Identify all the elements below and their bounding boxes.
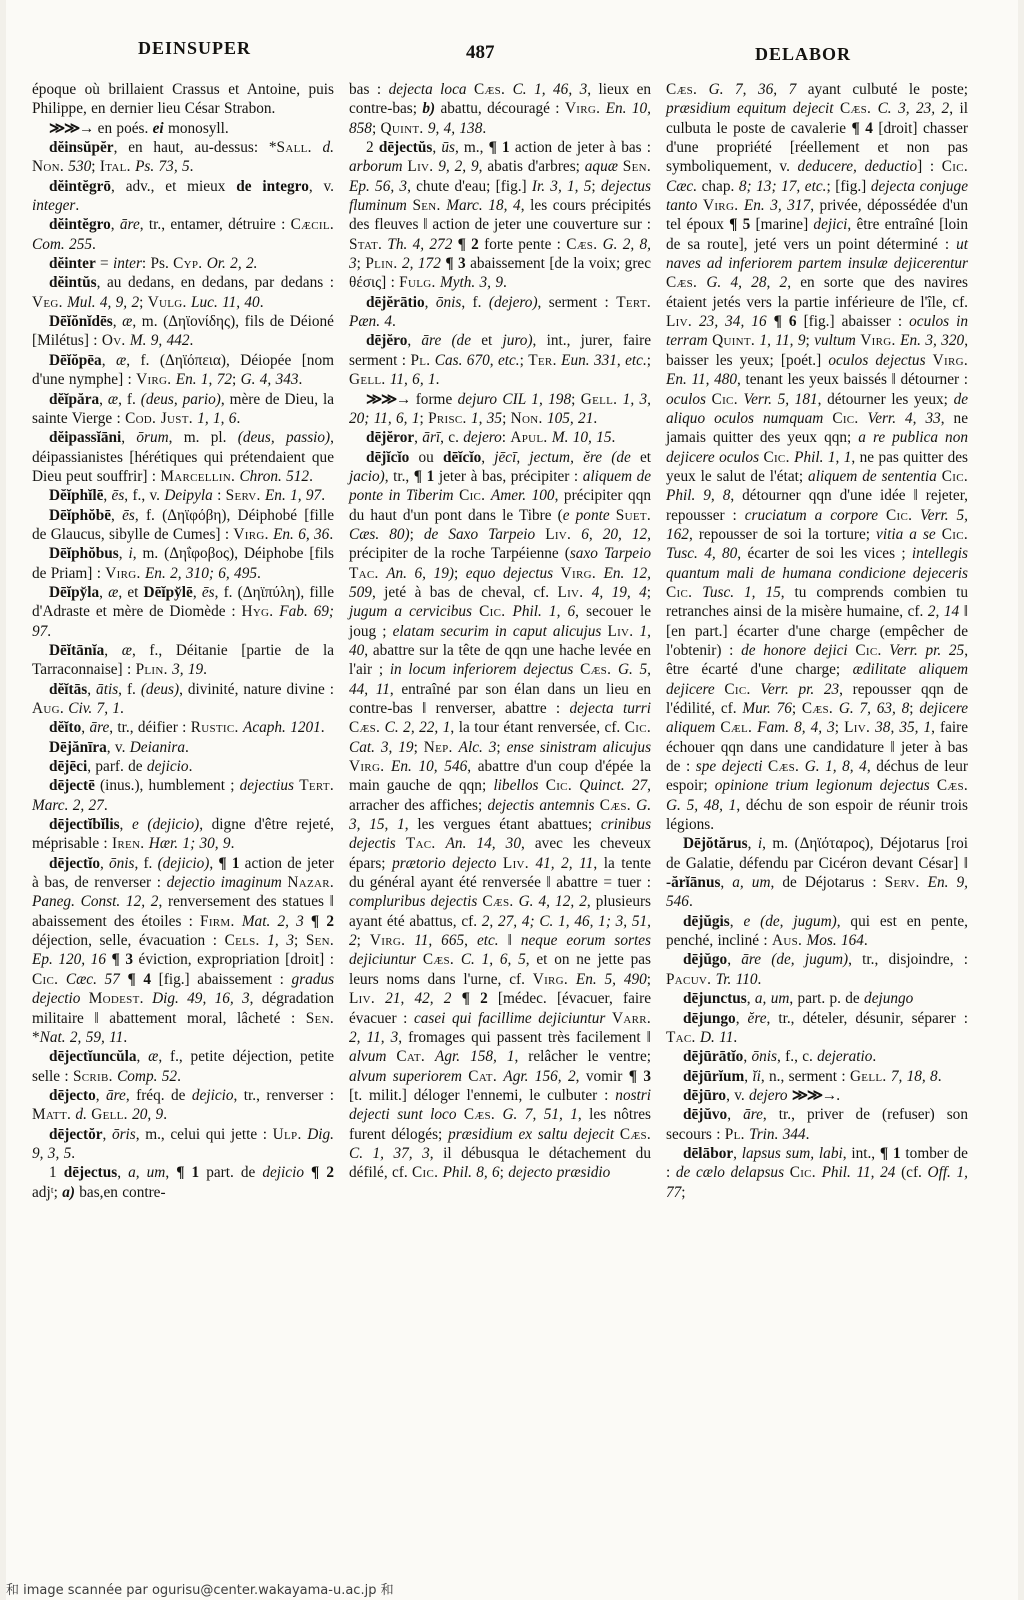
entry-paragraph: dējectē (inus.), humblement ; dejectius … xyxy=(32,776,334,815)
scan-credit: 和 image scannée par ogurisu@center.wakay… xyxy=(6,1579,394,1598)
entry-paragraph: Dēĭphŏbē, ēs, f. (Δηϊφόβη), Déiphobé [fi… xyxy=(32,506,334,545)
scan-edge-right xyxy=(1018,0,1024,1600)
entry-paragraph: Dējŏtărus, i, m. (Δηϊόταρος), Déjotarus … xyxy=(666,834,968,911)
entry-paragraph: 2 dējectŭs, ūs, m., ¶ 1 action de jeter … xyxy=(349,138,651,293)
entry-paragraph: Dēĭŏnĭdēs, æ, m. (Δηϊονίδης), fils de Dé… xyxy=(32,312,334,351)
text-column-1: époque où brillaient Crassus et Antoine,… xyxy=(32,80,334,1566)
entry-paragraph: dējŭgis, e (de, jugum), qui est en pente… xyxy=(666,912,968,951)
entry-paragraph: dĕintŭs, au dedans, en dedans, par dedan… xyxy=(32,273,334,312)
entry-paragraph: ≫≫→ en poés. ei monosyll. xyxy=(32,119,334,138)
entry-paragraph: dējĕrātio, ōnis, f. (dejero), serment : … xyxy=(349,293,651,332)
scan-edge-left xyxy=(0,0,6,1600)
entry-paragraph: dēlābor, lapsus sum, labi, int., ¶ 1 tom… xyxy=(666,1144,968,1202)
entry-paragraph: dējūrĭum, ĭi, n., serment : Gell. 7, 18,… xyxy=(666,1067,968,1086)
entry-paragraph: dĕĭtās, ātis, f. (deus), divinité, natur… xyxy=(32,680,334,719)
entry-paragraph: dĕinsŭpĕr, en haut, au-dessus: *Sall. d.… xyxy=(32,138,334,177)
entry-paragraph: Dēĭŏpēa, æ, f. (Δηϊόπεια), Déiopée [nom … xyxy=(32,351,334,390)
entry-paragraph: Dējănīra, v. Deianira. xyxy=(32,738,334,757)
entry-paragraph: dējŭgo, āre (de, jugum), tr., disjoindre… xyxy=(666,950,968,989)
entry-paragraph: dējŭvo, āre, tr., priver de (refuser) so… xyxy=(666,1105,968,1144)
text-columns: époque où brillaient Crassus et Antoine,… xyxy=(32,80,968,1566)
entry-paragraph: ≫≫→ forme dejuro CIL 1, 198; Gell. 1, 3,… xyxy=(349,390,651,429)
text-column-2: bas : dejecta loca Cæs. C. 1, 46, 3, lie… xyxy=(349,80,651,1566)
entry-paragraph: dējĕror, ārī, c. dejero: Apul. M. 10, 15… xyxy=(349,428,651,447)
entry-paragraph: dĕintĕgrō, adv., et mieux de integro, v.… xyxy=(32,177,334,216)
entry-paragraph: dējunctus, a, um, part. p. de dejungo xyxy=(666,989,968,1008)
entry-paragraph: dējūro, v. dejero ≫≫→. xyxy=(666,1086,968,1105)
entry-paragraph: dĕipassĭāni, ōrum, m. pl. (deus, passio)… xyxy=(32,428,334,486)
scanned-dictionary-page: DEINSUPER 487 DELABOR époque où brillaie… xyxy=(0,0,1024,1600)
entry-paragraph: dējectĭbĭlis, e (dejicio), digne d'être … xyxy=(32,815,334,854)
entry-paragraph: Cæs. G. 7, 36, 7 ayant culbuté le poste;… xyxy=(666,80,968,834)
entry-paragraph: dĕintĕgro, āre, tr., entamer, détruire :… xyxy=(32,215,334,254)
entry-paragraph: Dēĭpy̆la, æ, et Dēĭpy̆lē, ēs, f. (Δηϊπύλ… xyxy=(32,583,334,641)
entry-paragraph: dĕĭpăra, æ, f. (deus, pario), mère de Di… xyxy=(32,390,334,429)
entry-paragraph: dējūrātĭo, ōnis, f., c. dejeratio. xyxy=(666,1047,968,1066)
entry-paragraph: dējectĭuncŭla, æ, f., petite déjection, … xyxy=(32,1047,334,1086)
entry-paragraph: dējectĭo, ōnis, f. (dejicio), ¶ 1 action… xyxy=(32,854,334,1047)
entry-paragraph: dējĭcĭo ou dēĭcĭo, jēcī, jectum, ĕre (de… xyxy=(349,448,651,1183)
entry-paragraph: Dēĭtānĭa, æ, f., Déitanie [partie de la … xyxy=(32,641,334,680)
entry-paragraph: bas : dejecta loca Cæs. C. 1, 46, 3, lie… xyxy=(349,80,651,138)
entry-paragraph: 1 dējectus, a, um, ¶ 1 part. de dejicio … xyxy=(32,1163,334,1202)
entry-paragraph: Dēĭphŏbus, i, m. (Δηΐφοβος), Déiphobe [f… xyxy=(32,544,334,583)
text-column-3: Cæs. G. 7, 36, 7 ayant culbuté le poste;… xyxy=(666,80,968,1566)
entry-paragraph: Dĕĭphĭlē, ēs, f., v. Deipyla : Serv. En.… xyxy=(32,486,334,505)
running-head-right: DELABOR xyxy=(755,44,851,65)
running-head: DEINSUPER 487 DELABOR xyxy=(0,38,1024,68)
entry-paragraph: dējĕro, āre (de et juro), int., jurer, f… xyxy=(349,331,651,389)
page-number: 487 xyxy=(466,42,495,64)
entry-paragraph: dējungo, ĕre, tr., dételer, désunir, sép… xyxy=(666,1009,968,1048)
entry-paragraph: dējectŏr, ōris, m., celui qui jette : Ul… xyxy=(32,1125,334,1164)
entry-paragraph: époque où brillaient Crassus et Antoine,… xyxy=(32,80,334,119)
entry-paragraph: dĕĭto, āre, tr., déifier : Rustic. Acaph… xyxy=(32,718,334,737)
entry-paragraph: dējecto, āre, fréq. de dejicio, tr., ren… xyxy=(32,1086,334,1125)
entry-paragraph: dējēci, parf. de dejicio. xyxy=(32,757,334,776)
entry-paragraph: dĕinter = inter: Ps. Cyp. Or. 2, 2. xyxy=(32,254,334,273)
running-head-left: DEINSUPER xyxy=(138,38,251,59)
